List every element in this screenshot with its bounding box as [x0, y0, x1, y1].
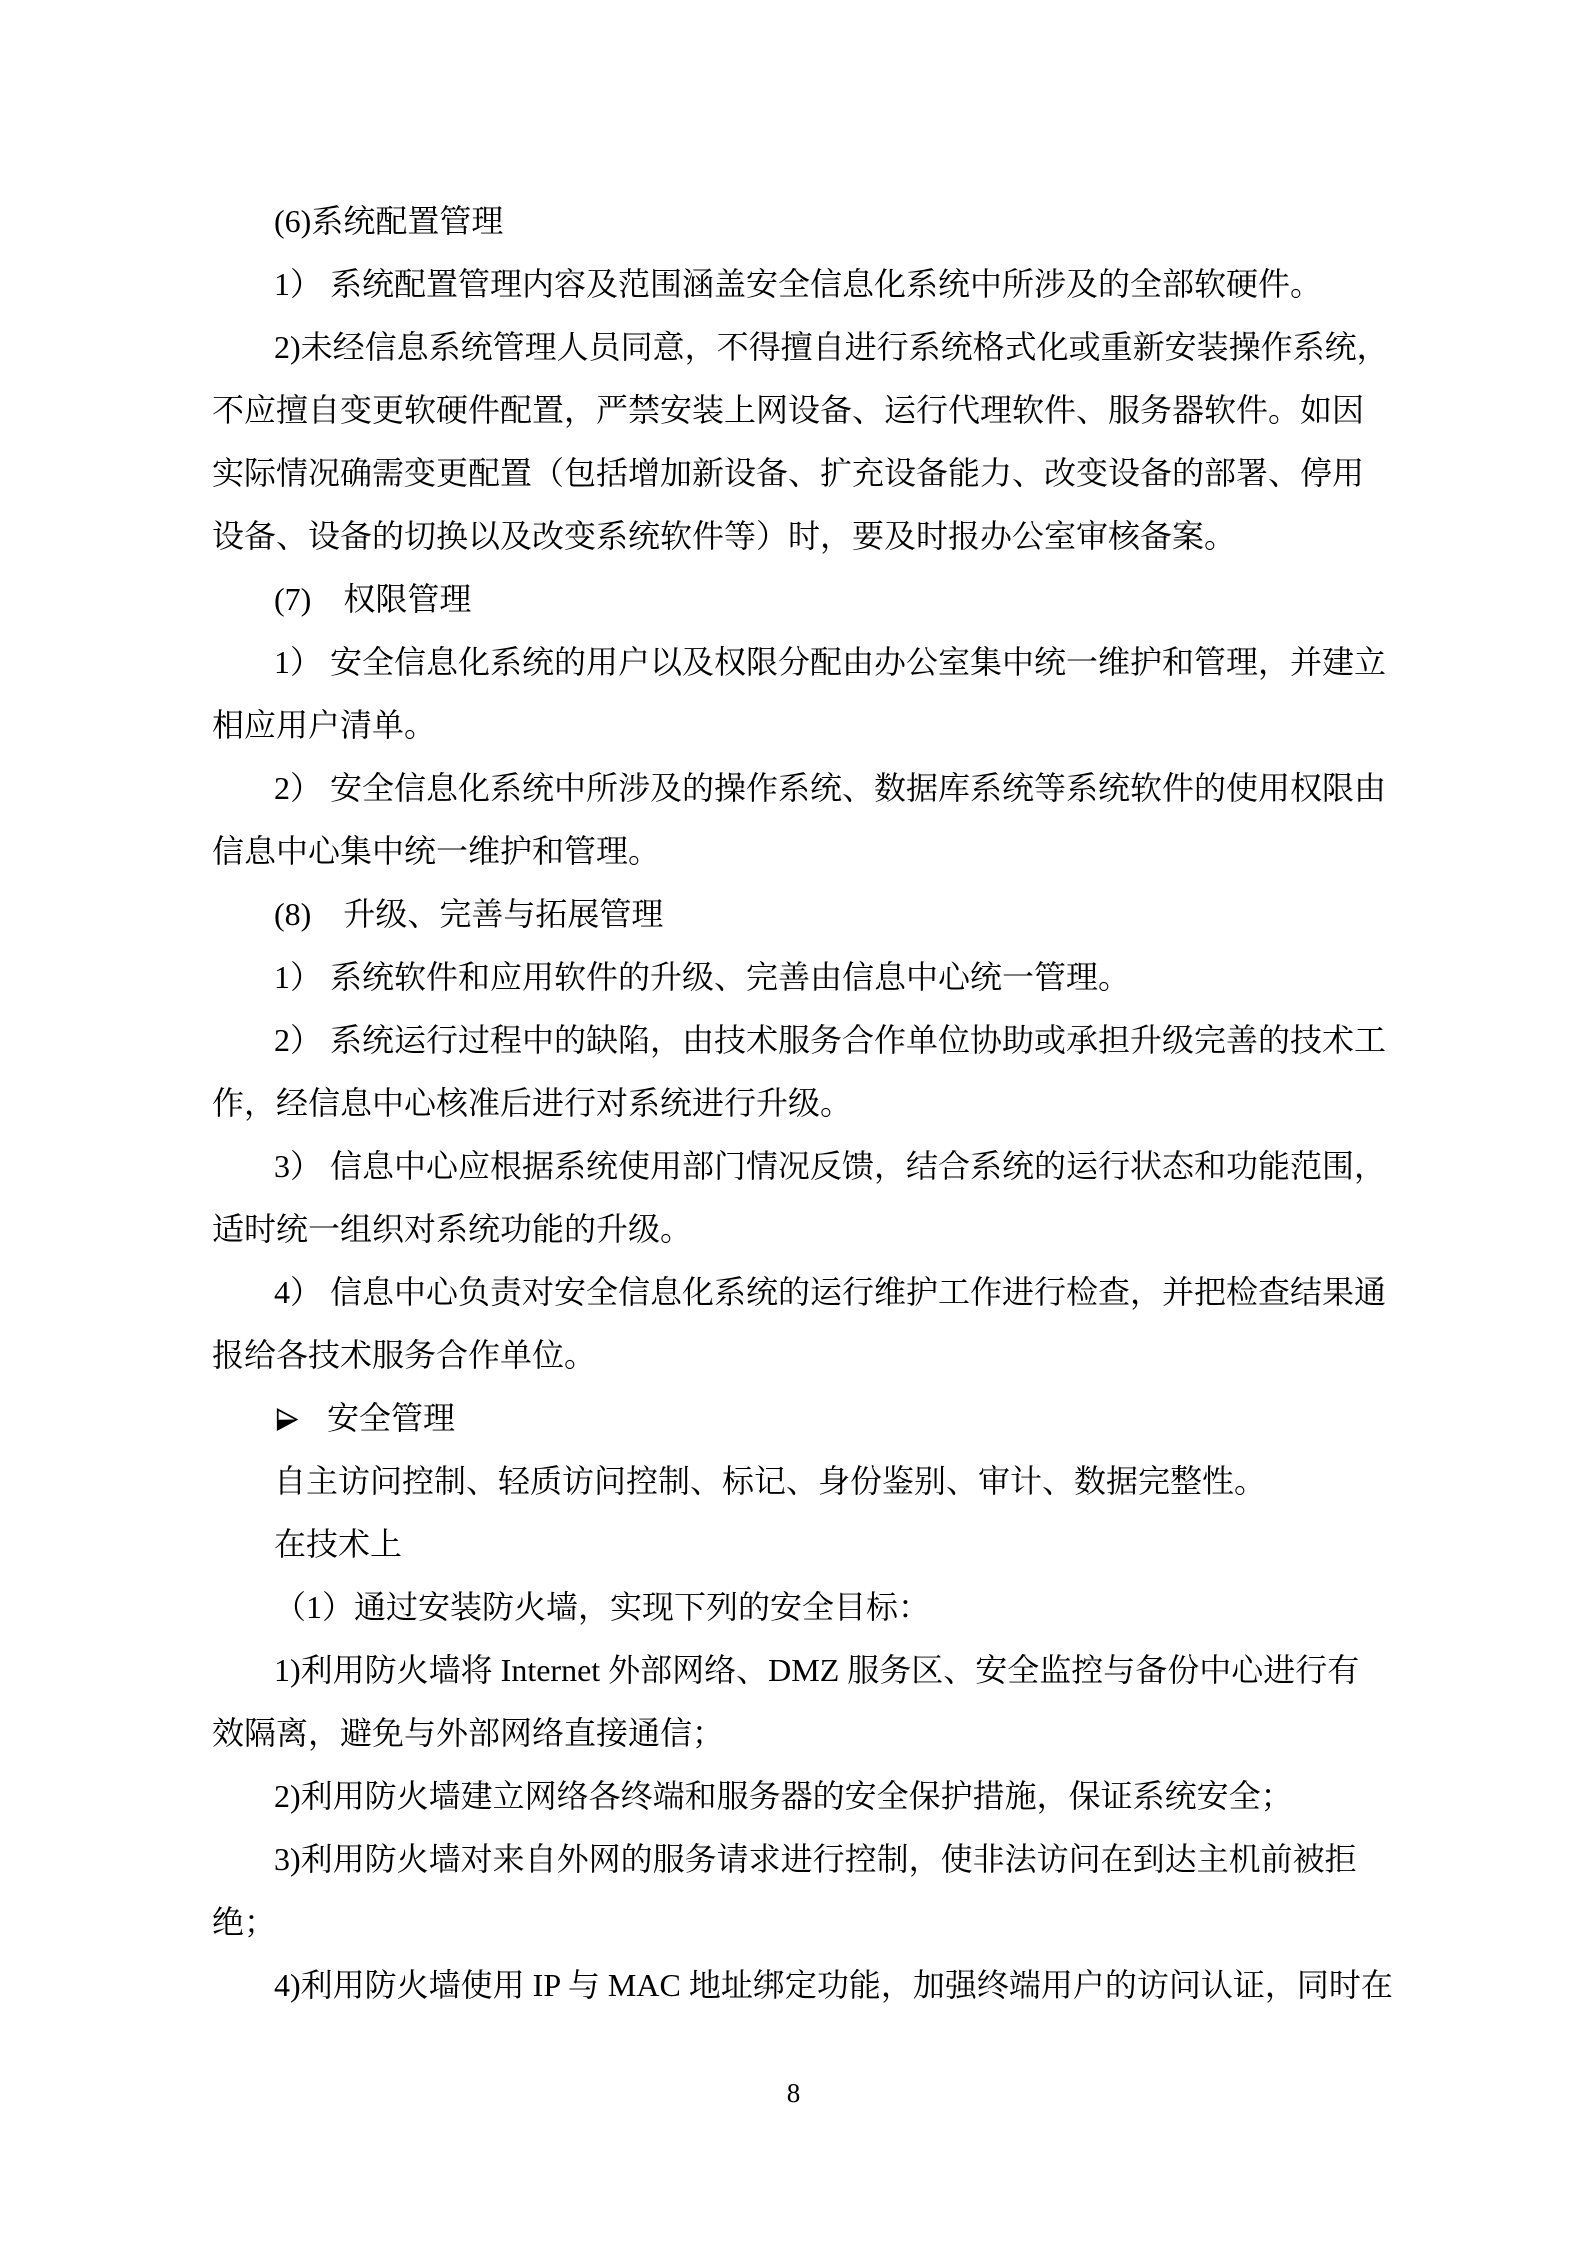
text-line: 2） 安全信息化系统中所涉及的操作系统、数据库系统等系统软件的使用权限由: [212, 757, 1397, 820]
text-line: 2)未经信息系统管理人员同意，不得擅自进行系统格式化或重新安装操作系统，: [212, 316, 1397, 379]
text-line: （1）通过安装防火墙，实现下列的安全目标：: [212, 1576, 1397, 1639]
text-line: 3） 信息中心应根据系统使用部门情况反馈，结合系统的运行状态和功能范围，: [212, 1135, 1397, 1198]
text-line: 信息中心集中统一维护和管理。: [212, 820, 1397, 883]
text-line: 2） 系统运行过程中的缺陷，由技术服务合作单位协助或承担升级完善的技术工: [212, 1009, 1397, 1072]
text-line: 实际情况确需变更配置（包括增加新设备、扩充设备能力、改变设备的部署、停用: [212, 442, 1397, 505]
text-line: 4)利用防火墙使用 IP 与 MAC 地址绑定功能，加强终端用户的访问认证，同时…: [212, 1954, 1397, 2017]
text-line: 作，经信息中心核准后进行对系统进行升级。: [212, 1072, 1397, 1135]
text-line: (8) 升级、完善与拓展管理: [212, 883, 1397, 946]
document-page: (6)系统配置管理1） 系统配置管理内容及范围涵盖安全信息化系统中所涉及的全部软…: [0, 0, 1587, 2245]
text-line: 1)利用防火墙将 Internet 外部网络、DMZ 服务区、安全监控与备份中心…: [212, 1639, 1397, 1702]
text-line: 效隔离，避免与外部网络直接通信；: [212, 1702, 1397, 1765]
text-line: 2)利用防火墙建立网络各终端和服务器的安全保护措施，保证系统安全；: [212, 1765, 1397, 1828]
bullet-line: 安全管理: [212, 1387, 1397, 1450]
text-line: (7) 权限管理: [212, 568, 1397, 631]
text-line: 在技术上: [212, 1513, 1397, 1576]
text-line: (6)系统配置管理: [212, 190, 1397, 253]
text-line: 自主访问控制、轻质访问控制、标记、身份鉴别、审计、数据完整性。: [212, 1450, 1397, 1513]
document-body: (6)系统配置管理1） 系统配置管理内容及范围涵盖安全信息化系统中所涉及的全部软…: [212, 190, 1397, 2017]
text-line: 绝；: [212, 1891, 1397, 1954]
text-line: 报给各技术服务合作单位。: [212, 1324, 1397, 1387]
text-line: 不应擅自变更软硬件配置，严禁安装上网设备、运行代理软件、服务器软件。如因: [212, 379, 1397, 442]
arrow-bullet-icon: [274, 1407, 299, 1432]
text-line: 4） 信息中心负责对安全信息化系统的运行维护工作进行检查，并把检查结果通: [212, 1261, 1397, 1324]
text-line: 1） 系统配置管理内容及范围涵盖安全信息化系统中所涉及的全部软硬件。: [212, 253, 1397, 316]
text-line: 相应用户清单。: [212, 694, 1397, 757]
text-line: 1） 安全信息化系统的用户以及权限分配由办公室集中统一维护和管理，并建立: [212, 631, 1397, 694]
page-number: 8: [0, 2078, 1587, 2109]
text-line: 适时统一组织对系统功能的升级。: [212, 1198, 1397, 1261]
text-line: 3)利用防火墙对来自外网的服务请求进行控制，使非法访问在到达主机前被拒: [212, 1828, 1397, 1891]
text-line: 1） 系统软件和应用软件的升级、完善由信息中心统一管理。: [212, 946, 1397, 1009]
text-line: 设备、设备的切换以及改变系统软件等）时，要及时报办公室审核备案。: [212, 505, 1397, 568]
list-item-label: 安全管理: [327, 1400, 455, 1436]
